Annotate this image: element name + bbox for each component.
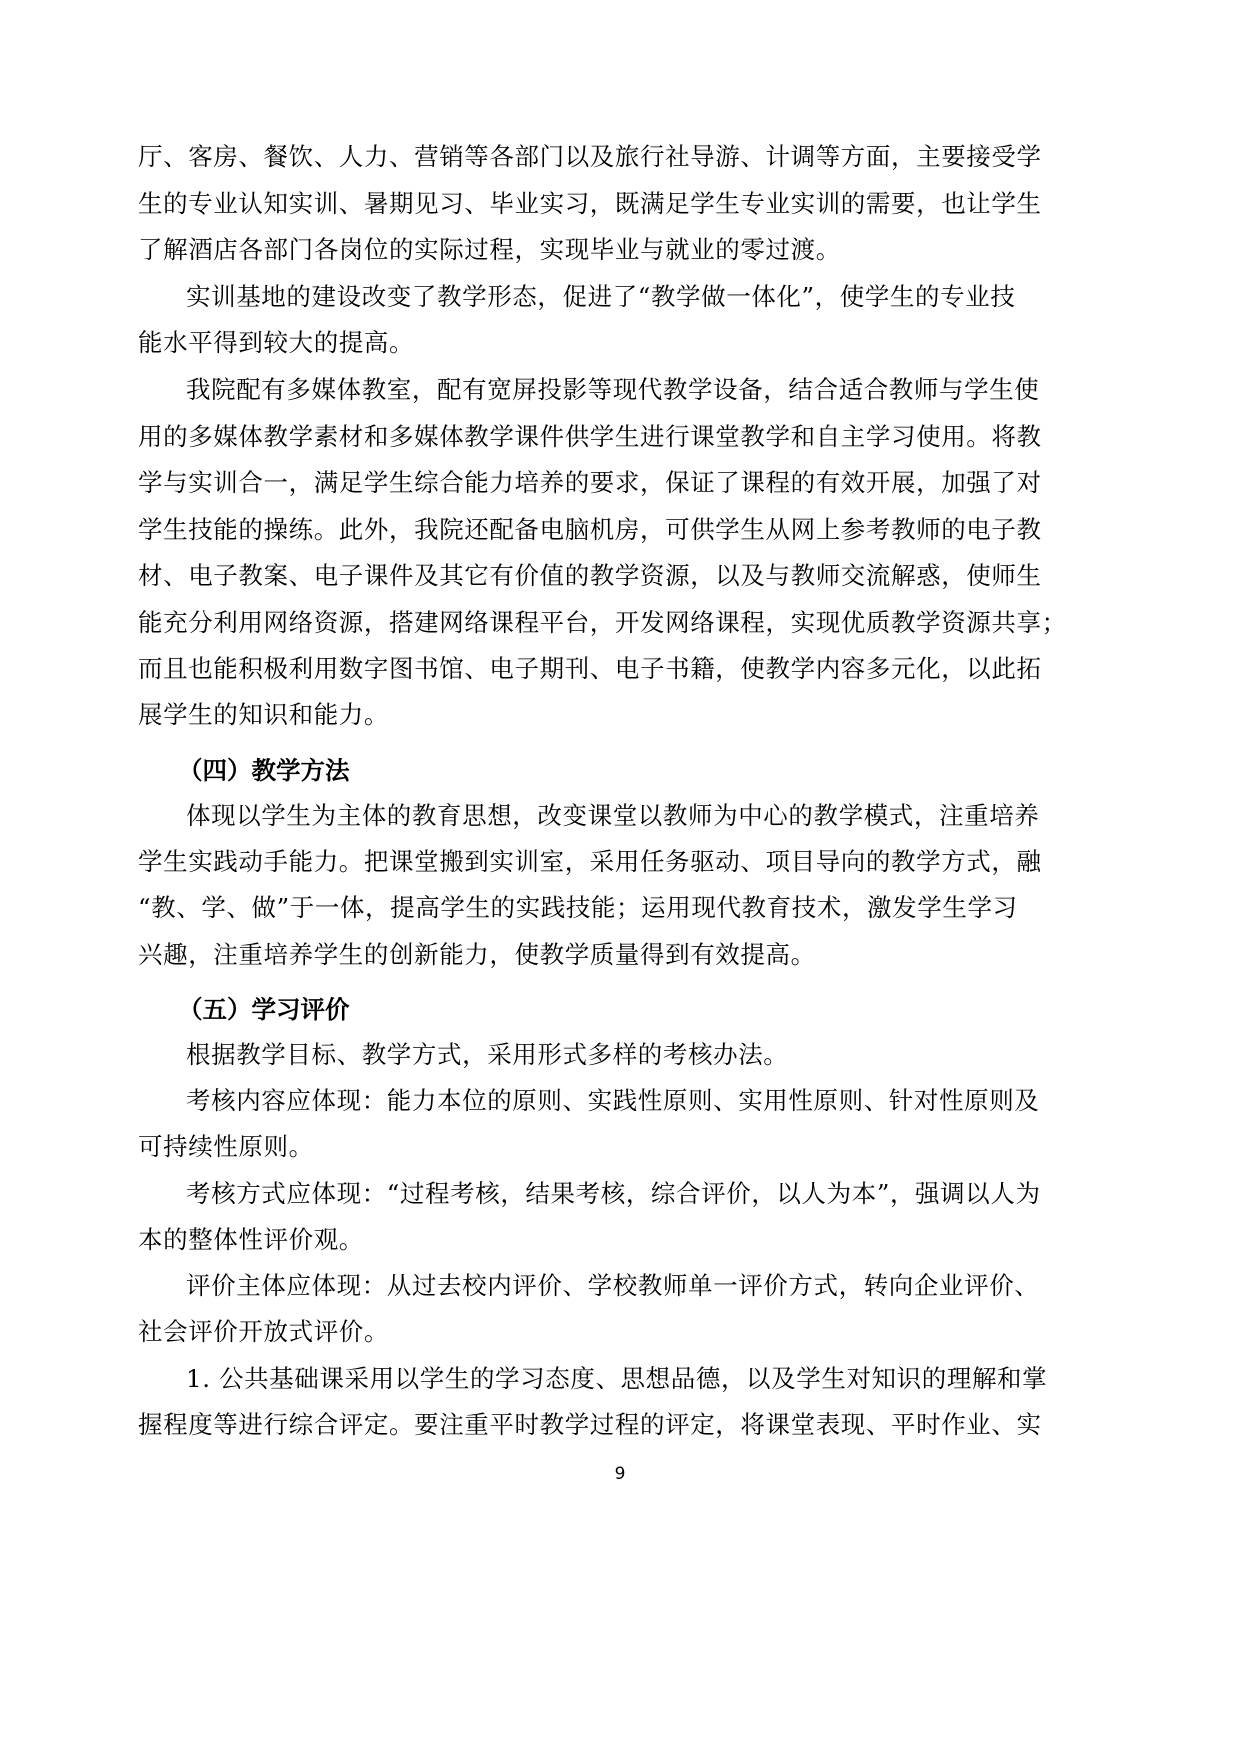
body-text-line: 握程度等进行综合评定。要注重平时教学过程的评定，将课堂表现、平时作业、实 bbox=[138, 1410, 1010, 1440]
body-text-line: 社会评价开放式评价。 bbox=[138, 1317, 1010, 1347]
body-text-line: 我院配有多媒体教室，配有宽屏投影等现代教学设备，结合适合教师与学生使 bbox=[186, 375, 1010, 405]
body-text-line: 厅、客房、餐饮、人力、营销等各部门以及旅行社导游、计调等方面，主要接受学 bbox=[138, 142, 1010, 172]
body-text-line: 评价主体应体现：从过去校内评价、学校教师单一评价方式，转向企业评价、 bbox=[186, 1271, 1010, 1301]
body-text-line: 体现以学生为主体的教育思想，改变课堂以教师为中心的教学模式，注重培养 bbox=[186, 801, 1010, 831]
document-page: 厅、客房、餐饮、人力、营销等各部门以及旅行社导游、计调等方面，主要接受学 生的专… bbox=[0, 0, 1240, 1754]
body-text-line: 用的多媒体教学素材和多媒体教学课件供学生进行课堂教学和自主学习使用。将教 bbox=[138, 422, 1010, 452]
body-text-line: 展学生的知识和能力。 bbox=[138, 700, 1010, 730]
body-text-line: 能充分利用网络资源，搭建网络课程平台，开发网络课程，实现优质教学资源共享； bbox=[138, 608, 1010, 638]
body-text-line: 本的整体性评价观。 bbox=[138, 1225, 1010, 1255]
body-text-line: 能水平得到较大的提高。 bbox=[138, 328, 1010, 358]
body-text-line: 学生技能的操练。此外，我院还配备电脑机房，可供学生从网上参考教师的电子教 bbox=[138, 515, 1010, 545]
body-text-line: 了解酒店各部门各岗位的实际过程，实现毕业与就业的零过渡。 bbox=[138, 235, 1010, 265]
body-text-line: “教、学、做”于一体，提高学生的实践技能；运用现代教育技术，激发学生学习 bbox=[138, 893, 1010, 923]
page-number: 9 bbox=[0, 1464, 1240, 1484]
section-heading-learning-evaluation: （五）学习评价 bbox=[178, 995, 350, 1025]
section-heading-teaching-methods: （四）教学方法 bbox=[178, 756, 350, 786]
body-text-line: 考核方式应体现：“过程考核，结果考核，综合评价，以人为本”，强调以人为 bbox=[186, 1179, 1010, 1209]
body-text-line: 生的专业认知实训、暑期见习、毕业实习，既满足学生专业实训的需要，也让学生 bbox=[138, 189, 1010, 219]
body-text-line: 可持续性原则。 bbox=[138, 1132, 1010, 1162]
body-text-line: 根据教学目标、教学方式，采用形式多样的考核办法。 bbox=[186, 1040, 1010, 1070]
body-text-line: 材、电子教案、电子课件及其它有价值的教学资源，以及与教师交流解惑，使师生 bbox=[138, 561, 1010, 591]
body-text-line: 兴趣，注重培养学生的创新能力，使教学质量得到有效提高。 bbox=[138, 940, 1010, 970]
body-text-line: 学与实训合一，满足学生综合能力培养的要求，保证了课程的有效开展，加强了对 bbox=[138, 468, 1010, 498]
body-text-line: 学生实践动手能力。把课堂搬到实训室，采用任务驱动、项目导向的教学方式，融 bbox=[138, 847, 1010, 877]
body-text-line: 实训基地的建设改变了教学形态，促进了“教学做一体化”，使学生的专业技 bbox=[186, 282, 1010, 312]
body-text-line: 1. 公共基础课采用以学生的学习态度、思想品德，以及学生对知识的理解和掌 bbox=[186, 1364, 1010, 1394]
body-text-line: 考核内容应体现：能力本位的原则、实践性原则、实用性原则、针对性原则及 bbox=[186, 1086, 1010, 1116]
body-text-line: 而且也能积极利用数字图书馆、电子期刊、电子书籍，使教学内容多元化，以此拓 bbox=[138, 654, 1010, 684]
